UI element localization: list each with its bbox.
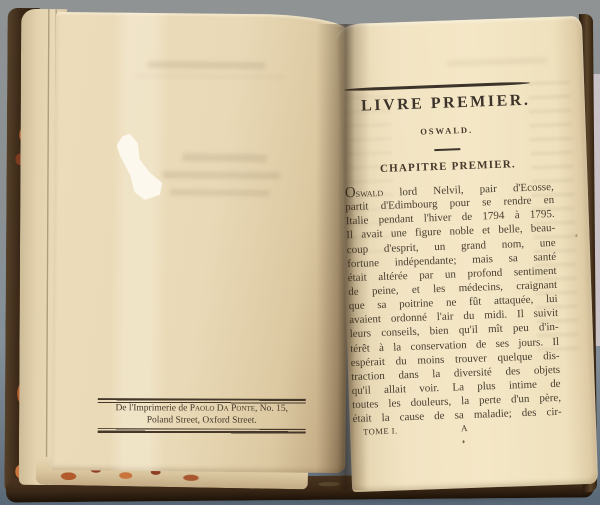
photo-of-open-book: De l'Imprimerie de Paolo Da Ponte, No. 1…	[0, 0, 600, 505]
body-text: Oswald lord Nelvil, pair d'Ecosse, parti…	[345, 179, 562, 428]
imprint-text: De l'Imprimerie de	[115, 403, 189, 413]
imprint-rule-bottom	[98, 428, 306, 434]
showthrough-line	[170, 189, 270, 196]
showthrough-line	[182, 153, 266, 162]
showthrough-line	[162, 171, 280, 179]
imprint-line-2: Poland Street, Oxford Street.	[98, 415, 306, 427]
imprint-printer-name: Paolo Da Ponte	[190, 404, 255, 414]
heading-rule	[344, 81, 530, 91]
ink-speck	[462, 440, 464, 443]
imprint-text: , No. 15,	[255, 404, 288, 414]
right-page: LIVRE PREMIER. OSWALD. CHAPITRE PREMIER.…	[336, 16, 598, 492]
imprint-line-1: De l'Imprimerie de Paolo Da Ponte, No. 1…	[98, 403, 306, 415]
ink-speck	[575, 234, 577, 237]
showthrough-line	[147, 61, 265, 69]
small-caps-word: swald	[355, 187, 383, 200]
divider-rule	[434, 148, 460, 151]
signature-mark: A	[461, 423, 468, 433]
initial-capital: O	[345, 185, 356, 201]
showthrough-line	[447, 57, 547, 66]
left-page: De l'Imprimerie de Paolo Da Ponte, No. 1…	[51, 12, 350, 473]
volume-label: TOME I.	[363, 426, 398, 437]
imprint-box: De l'Imprimerie de Paolo Da Ponte, No. 1…	[98, 398, 306, 445]
